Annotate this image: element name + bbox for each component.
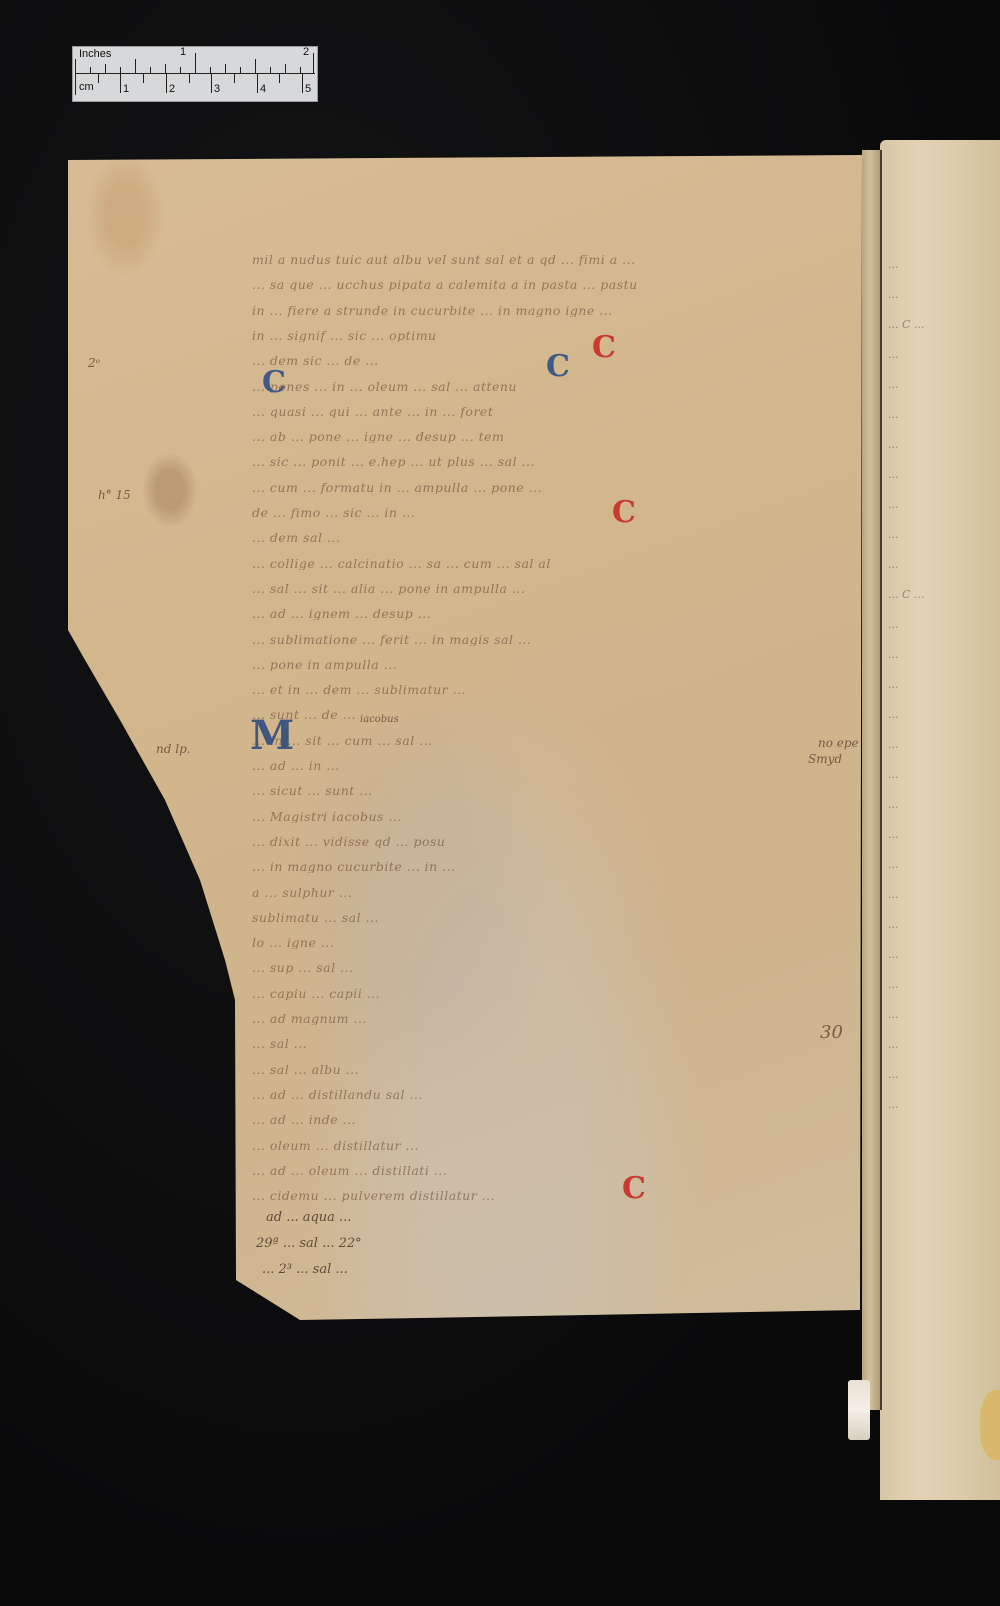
facing-page-line: ... — [888, 348, 998, 361]
cm-mark-1: 1 — [123, 83, 129, 95]
facing-page-line: ... — [888, 1038, 998, 1051]
facing-page — [880, 140, 1000, 1500]
manuscript-line: ... in ... sit ... cum ... sal ... — [252, 733, 800, 747]
manuscript-line: ... sa que ... ucchus pipata a calemita … — [252, 277, 800, 291]
manuscript-line: ... pone in ampulla ... — [252, 657, 800, 671]
facing-page-line: ... — [888, 468, 998, 481]
manuscript-line: sublimatu ... sal ... — [252, 910, 800, 924]
manuscript-line: ... sunt ... de ... — [252, 707, 800, 721]
manuscript-line: ... ad ... in ... — [252, 758, 800, 772]
manuscript-line: ... sal ... — [252, 1036, 800, 1050]
manuscript-line: ... collige ... calcinatio ... sa ... cu… — [252, 556, 800, 570]
manuscript-line: ... sal ... albu ... — [252, 1062, 800, 1076]
manuscript-line: mil a nudus tuic aut albu vel sunt sal e… — [252, 252, 800, 266]
scale-bar: Inches cm 1 2 1 2 3 4 5 — [72, 46, 318, 102]
facing-page-line: ... — [888, 258, 998, 271]
manuscript-line: ... sup ... sal ... — [252, 960, 800, 974]
manuscript-line: ... ab ... pone ... igne ... desup ... t… — [252, 429, 800, 443]
manuscript-line: a ... sulphur ... — [252, 885, 800, 899]
manuscript-line: ... ad magnum ... — [252, 1011, 800, 1025]
left-marginal-note: h° 15 — [98, 488, 131, 502]
manuscript-line: ... sal ... sit ... alia ... pone in amp… — [252, 581, 800, 595]
facing-page-line: ... C ... — [888, 318, 998, 331]
gutter — [862, 150, 882, 1410]
facing-page-line: ... — [888, 1098, 998, 1111]
manuscript-line: ... ad ... oleum ... distillati ... — [252, 1163, 800, 1177]
manuscript-line: ... et in ... dem ... sublimatur ... — [252, 682, 800, 696]
manuscript-line: ... dixit ... vidisse qd ... posu — [252, 834, 800, 848]
manuscript-line: in ... fiere a strunde in cucurbite ... … — [252, 303, 800, 317]
cm-mark-4: 4 — [260, 83, 266, 95]
right-marginal-number: 30 — [820, 1022, 843, 1043]
rubric-initial-red: C — [592, 333, 616, 363]
rubric-initial-red: C — [612, 498, 636, 528]
manuscript-line: ... sublimatione ... ferit ... in magis … — [252, 632, 800, 646]
inch-mark-2: 2 — [303, 46, 309, 58]
manuscript-line: ... cidemu ... pulverem distillatur ... — [252, 1188, 800, 1202]
cm-mark-3: 3 — [214, 83, 220, 95]
facing-page-line: ... — [888, 498, 998, 511]
left-marginal-note: 2ᵉ — [88, 356, 100, 370]
facing-page-line: ... — [888, 438, 998, 451]
facing-page-line: ... — [888, 948, 998, 961]
rubric-initial-blue: C — [546, 352, 570, 382]
facing-page-line: ... — [888, 408, 998, 421]
stain — [980, 1390, 1000, 1460]
facing-page-line: ... — [888, 528, 998, 541]
manuscript-line: ... capiu ... capii ... — [252, 986, 800, 1000]
manuscript-line: ... ad ... inde ... — [252, 1112, 800, 1126]
facing-page-line: ... — [888, 918, 998, 931]
facing-page-line: ... — [888, 768, 998, 781]
footer-note: ... 2³ ... sal ... — [262, 1262, 348, 1277]
manuscript-line: ... cum ... formatu in ... ampulla ... p… — [252, 480, 800, 494]
manuscript-line: ... quasi ... qui ... ante ... in ... fo… — [252, 404, 800, 418]
manuscript-line: ... pones ... in ... oleum ... sal ... a… — [252, 379, 800, 393]
facing-page-line: ... — [888, 378, 998, 391]
footer-note: 29ª ... sal ... 22° — [256, 1236, 362, 1251]
interlinear-note: iacobus — [360, 714, 399, 725]
right-marginal-note: Smyd — [808, 752, 842, 766]
manuscript-line: ... ad ... ignem ... desup ... — [252, 606, 800, 620]
decorated-initial-m: M — [250, 716, 294, 756]
manuscript-line: ... sicut ... sunt ... — [252, 783, 800, 797]
manuscript-line: ... sic ... ponit ... e.hep ... ut plus … — [252, 454, 800, 468]
facing-page-line: ... — [888, 288, 998, 301]
facing-page-line: ... — [888, 888, 998, 901]
manuscript-line: ... dem sic ... de ... — [252, 353, 800, 367]
manuscript-line: ... dem sal ... — [252, 530, 800, 544]
facing-page-line: ... — [888, 1068, 998, 1081]
manuscript-line: ... in magno cucurbite ... in ... — [252, 859, 800, 873]
right-marginal-note: no epe — [818, 736, 859, 750]
manuscript-line: ... Magistri iacobus ... — [252, 809, 800, 823]
rubric-initial-blue: C — [262, 368, 286, 398]
facing-page-line: ... — [888, 678, 998, 691]
cm-mark-5: 5 — [305, 83, 311, 95]
cm-label: cm — [79, 81, 94, 93]
facing-page-line: ... — [888, 1008, 998, 1021]
inches-label: Inches — [79, 48, 111, 60]
manuscript-line: ... ad ... distillandu sal ... — [252, 1087, 800, 1101]
facing-page-line: ... — [888, 618, 998, 631]
facing-page-line: ... — [888, 558, 998, 571]
facing-page-line: ... — [888, 708, 998, 721]
facing-page-line: ... — [888, 738, 998, 751]
facing-page-line: ... — [888, 648, 998, 661]
facing-page-line: ... — [888, 978, 998, 991]
gutter-edge — [880, 150, 882, 1410]
manuscript-line: ... oleum ... distillatur ... — [252, 1138, 800, 1152]
rubric-initial-red: C — [622, 1174, 646, 1204]
binding-tape — [848, 1380, 870, 1440]
left-marginal-note: nd lp. — [156, 742, 191, 756]
facing-page-line: ... C ... — [888, 588, 998, 601]
cm-mark-2: 2 — [169, 83, 175, 95]
manuscript-line: de ... fimo ... sic ... in ... — [252, 505, 800, 519]
facing-page-line: ... — [888, 858, 998, 871]
inch-mark-1: 1 — [180, 46, 186, 58]
manuscript-line: in ... signif ... sic ... optimu — [252, 328, 800, 342]
footer-note: ad ... aqua ... — [266, 1210, 351, 1225]
manuscript-line: lo ... igne ... — [252, 935, 800, 949]
facing-page-line: ... — [888, 798, 998, 811]
facing-page-line: ... — [888, 828, 998, 841]
